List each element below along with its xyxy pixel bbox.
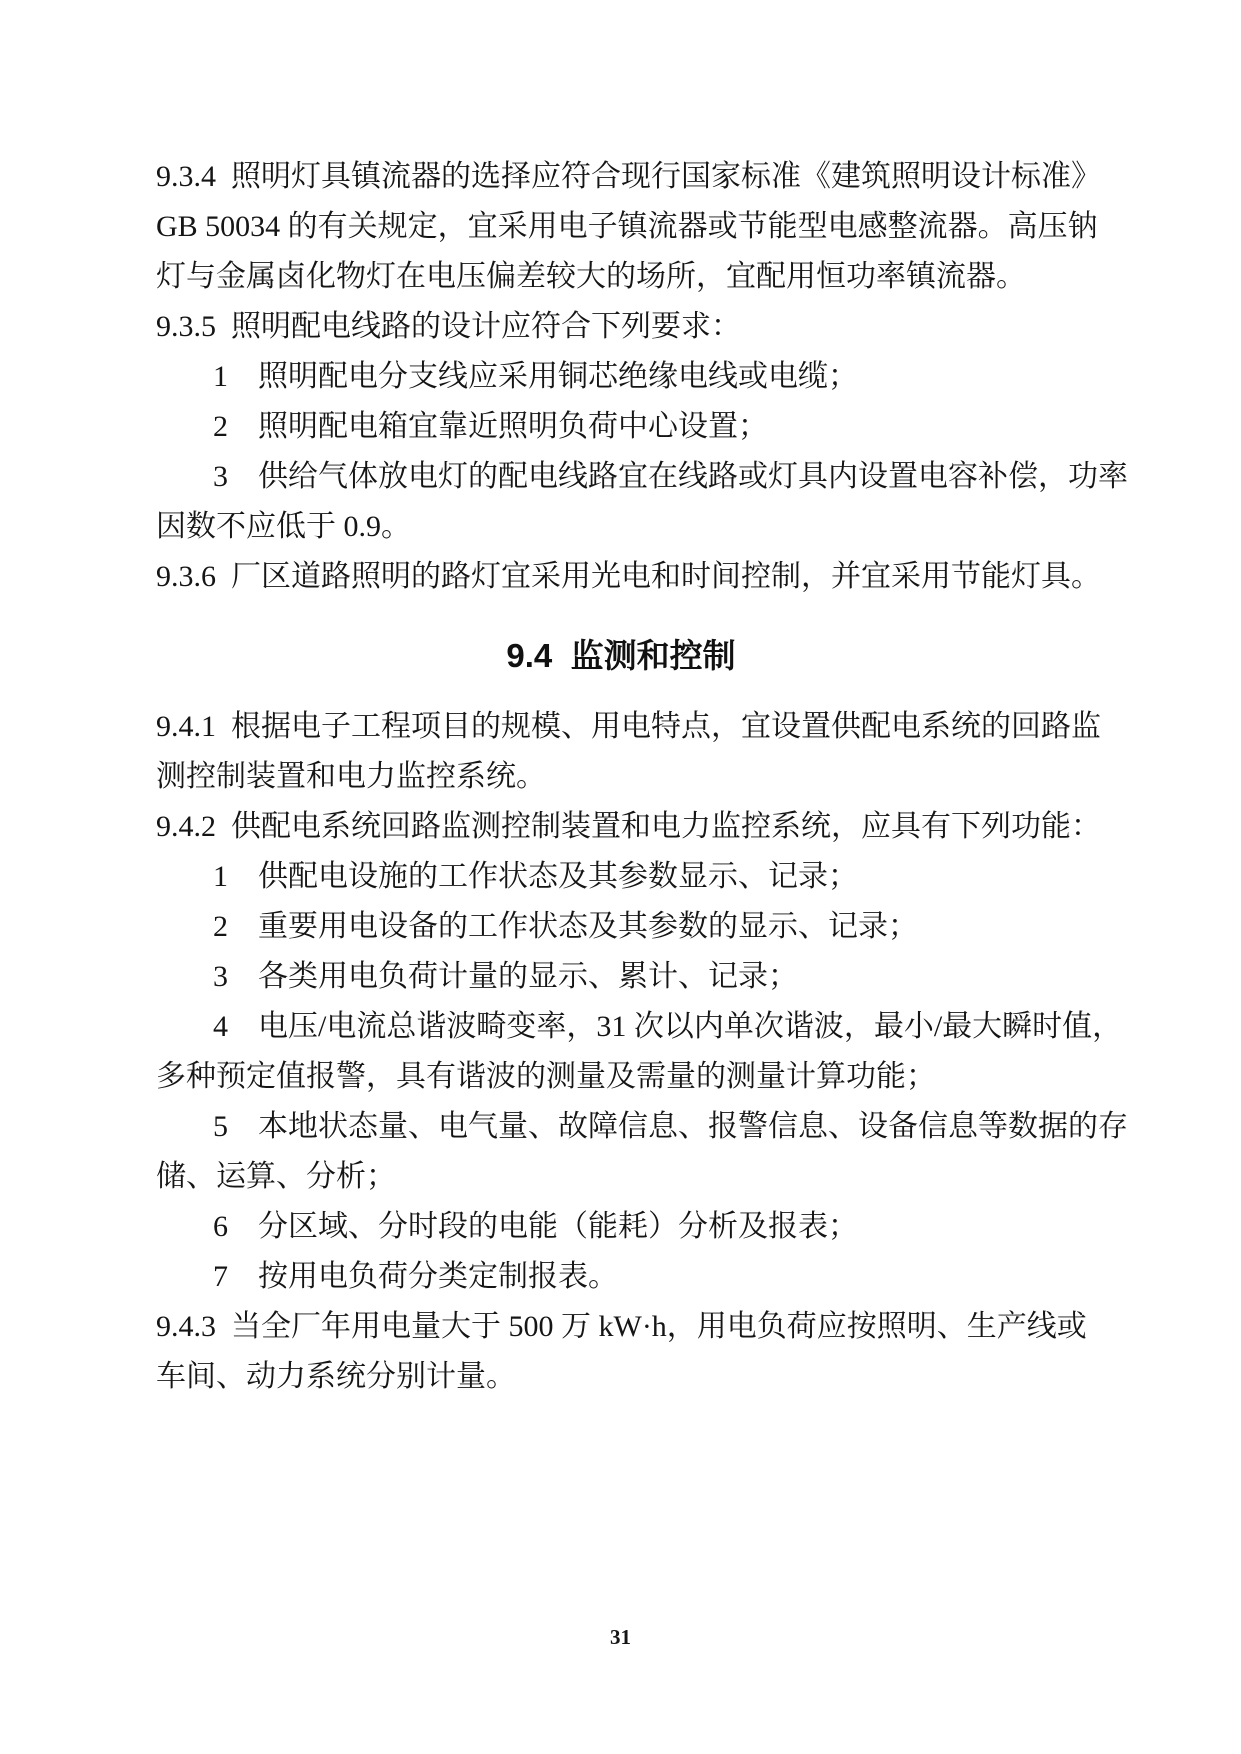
page-number: 31 (0, 1622, 1241, 1652)
item-9-3-5-3: 3 供给气体放电灯的配电线路宜在线路或灯具内设置电容补偿，功率 因数不应低于 0… (156, 452, 1086, 552)
text-line: 9.4.1 根据电子工程项目的规模、用电特点，宜设置供配电系统的回路监 (156, 702, 1086, 752)
text-line: 3 各类用电负荷计量的显示、累计、记录； (156, 952, 1086, 1002)
item-9-4-2-2: 2 重要用电设备的工作状态及其参数的显示、记录； (156, 902, 1086, 952)
text-line: 车间、动力系统分别计量。 (156, 1352, 1086, 1402)
text-line: 6 分区域、分时段的电能（能耗）分析及报表； (156, 1202, 1086, 1252)
document-content: 9.3.4 照明灯具镇流器的选择应符合现行国家标准《建筑照明设计标准》 GB 5… (156, 152, 1086, 1402)
text-line: 1 照明配电分支线应采用铜芯绝缘电线或电缆； (156, 352, 1086, 402)
clause-9-3-5: 9.3.5 照明配电线路的设计应符合下列要求： (156, 302, 1086, 352)
text-line: 1 供配电设施的工作状态及其参数显示、记录； (156, 852, 1086, 902)
text-line: 9.3.6 厂区道路照明的路灯宜采用光电和时间控制，并宜采用节能灯具。 (156, 552, 1086, 602)
text-line: 9.4.3 当全厂年用电量大于 500 万 kW·h，用电负荷应按照明、生产线或 (156, 1302, 1086, 1352)
clause-9-3-4: 9.3.4 照明灯具镇流器的选择应符合现行国家标准《建筑照明设计标准》 GB 5… (156, 152, 1086, 302)
clause-9-4-1: 9.4.1 根据电子工程项目的规模、用电特点，宜设置供配电系统的回路监 测控制装… (156, 702, 1086, 802)
clause-9-3-6: 9.3.6 厂区道路照明的路灯宜采用光电和时间控制，并宜采用节能灯具。 (156, 552, 1086, 602)
text-line: 9.3.5 照明配电线路的设计应符合下列要求： (156, 302, 1086, 352)
text-line: 灯与金属卤化物灯在电压偏差较大的场所，宜配用恒功率镇流器。 (156, 252, 1086, 302)
item-9-4-2-7: 7 按用电负荷分类定制报表。 (156, 1252, 1086, 1302)
text-line: 2 重要用电设备的工作状态及其参数的显示、记录； (156, 902, 1086, 952)
text-line: 9.4.2 供配电系统回路监测控制装置和电力监控系统，应具有下列功能： (156, 802, 1086, 852)
item-9-4-2-4: 4 电压/电流总谐波畸变率，31 次以内单次谐波，最小/最大瞬时值， 多种预定值… (156, 1002, 1086, 1102)
text-line: 多种预定值报警，具有谐波的测量及需量的测量计算功能； (156, 1052, 1086, 1102)
text-line: 9.3.4 照明灯具镇流器的选择应符合现行国家标准《建筑照明设计标准》 (156, 152, 1086, 202)
text-line: 2 照明配电箱宜靠近照明负荷中心设置； (156, 402, 1086, 452)
document-page: 9.3.4 照明灯具镇流器的选择应符合现行国家标准《建筑照明设计标准》 GB 5… (0, 0, 1241, 1754)
text-line: 储、运算、分析； (156, 1152, 1086, 1202)
item-9-4-2-1: 1 供配电设施的工作状态及其参数显示、记录； (156, 852, 1086, 902)
text-line: 因数不应低于 0.9。 (156, 502, 1086, 552)
clause-9-4-3: 9.4.3 当全厂年用电量大于 500 万 kW·h，用电负荷应按照明、生产线或… (156, 1302, 1086, 1402)
text-line: 测控制装置和电力监控系统。 (156, 752, 1086, 802)
text-line: 7 按用电负荷分类定制报表。 (156, 1252, 1086, 1302)
text-line: 5 本地状态量、电气量、故障信息、报警信息、设备信息等数据的存 (156, 1102, 1086, 1152)
item-9-4-2-3: 3 各类用电负荷计量的显示、累计、记录； (156, 952, 1086, 1002)
clause-9-4-2: 9.4.2 供配电系统回路监测控制装置和电力监控系统，应具有下列功能： (156, 802, 1086, 852)
item-9-4-2-5: 5 本地状态量、电气量、故障信息、报警信息、设备信息等数据的存 储、运算、分析； (156, 1102, 1086, 1202)
text-line: 4 电压/电流总谐波畸变率，31 次以内单次谐波，最小/最大瞬时值， (156, 1002, 1086, 1052)
item-9-3-5-1: 1 照明配电分支线应采用铜芯绝缘电线或电缆； (156, 352, 1086, 402)
text-line: 3 供给气体放电灯的配电线路宜在线路或灯具内设置电容补偿，功率 (156, 452, 1086, 502)
text-line: GB 50034 的有关规定，宜采用电子镇流器或节能型电感整流器。高压钠 (156, 202, 1086, 252)
item-9-3-5-2: 2 照明配电箱宜靠近照明负荷中心设置； (156, 402, 1086, 452)
section-heading-9-4: 9.4 监测和控制 (156, 629, 1086, 683)
item-9-4-2-6: 6 分区域、分时段的电能（能耗）分析及报表； (156, 1202, 1086, 1252)
